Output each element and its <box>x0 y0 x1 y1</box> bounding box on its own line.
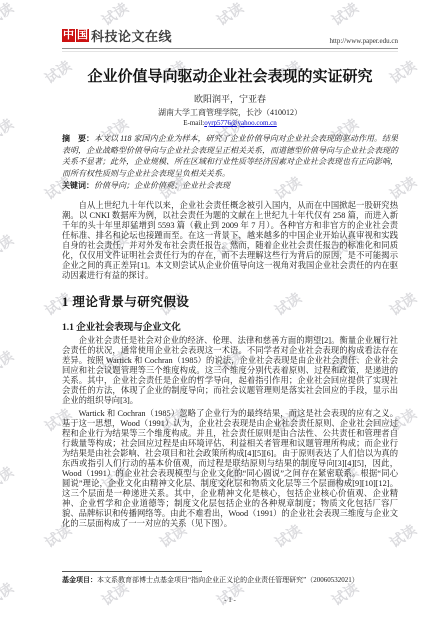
fund-text: 本文系教育部博士点基金项目“指向企业正义论的企业责任管理研究”（20060532… <box>97 576 359 584</box>
section-1-1-heading: 1.1 企业社会表现与企业文化 <box>62 319 398 333</box>
page-number: - 1 - <box>62 596 398 604</box>
page-header: 中 国 科技论文在线 http://www.paper.edu.cn <box>62 0 398 45</box>
paper-title: 企业价值导向驱动企业社会表现的实证研究 <box>62 65 398 86</box>
page-content: 中 国 科技论文在线 http://www.paper.edu.cn 企业价值导… <box>0 0 440 529</box>
logo-text: 科技论文在线 <box>91 26 172 45</box>
logo-red-box-2: 国 <box>76 29 89 42</box>
logo-red-box-1: 中 <box>62 29 75 42</box>
keywords-text: 价值导向；企业价值观；企业社会表现 <box>94 181 230 190</box>
abstract: 摘 要：本文以 118 家国内企业为样本，研究了企业价值导向对企业社会表现的驱动… <box>62 133 398 179</box>
site-url-link[interactable]: http://www.paper.edu.cn <box>329 37 398 45</box>
site-logo: 中 国 科技论文在线 <box>62 26 172 45</box>
fund-label: 基金项目： <box>62 576 97 584</box>
email-link[interactable]: oyrp5776@yahoo.com.cn <box>204 119 277 127</box>
page-footer: 基金项目：本文系教育部博士点基金项目“指向企业正义论的企业责任管理研究”（200… <box>62 571 398 604</box>
keywords: 关键词：价值导向；企业价值观；企业社会表现 <box>62 180 398 192</box>
footnote-rule <box>62 571 202 572</box>
abstract-label: 摘 要： <box>62 134 94 143</box>
section-1-heading: 1 理论背景与研究假设 <box>62 292 398 310</box>
section-1-1-paragraph-1: 企业社会责任是社会对企业的经济、伦理、法律和慈善方面的期望[2]。衡量企业履行社… <box>62 336 398 406</box>
affiliation: 湖南大学工商管理学院，长沙（410012） <box>62 107 398 118</box>
watermark-text: 试读 <box>0 578 17 610</box>
section-1-1-paragraph-2: Wartick 和 Cochran（1985）忽略了企业行为的最终结果，而这是社… <box>62 409 398 529</box>
fund-note: 基金项目：本文系教育部博士点基金项目“指向企业正义论的企业责任管理研究”（200… <box>62 576 398 585</box>
intro-paragraph: 自从上世纪九十年代以来，企业社会责任概念被引入国内，从而在中国掀起一股研究热潮。… <box>62 201 398 281</box>
keywords-label: 关键词： <box>62 181 94 190</box>
authors: 欧阳润平，宁亚春 <box>62 92 398 105</box>
header-rule <box>62 48 398 52</box>
paper-page: 试读试读试读试读试读试读试读试读试读试读试读试读试读试读试读试读试读试读试读试读… <box>0 0 440 620</box>
abstract-text: 本文以 118 家国内企业为样本，研究了企业价值导向对企业社会表现的驱动作用。结… <box>62 134 398 178</box>
email-label: E-mail: <box>183 119 204 127</box>
email-line: E-mail:oyrp5776@yahoo.com.cn <box>62 119 398 127</box>
